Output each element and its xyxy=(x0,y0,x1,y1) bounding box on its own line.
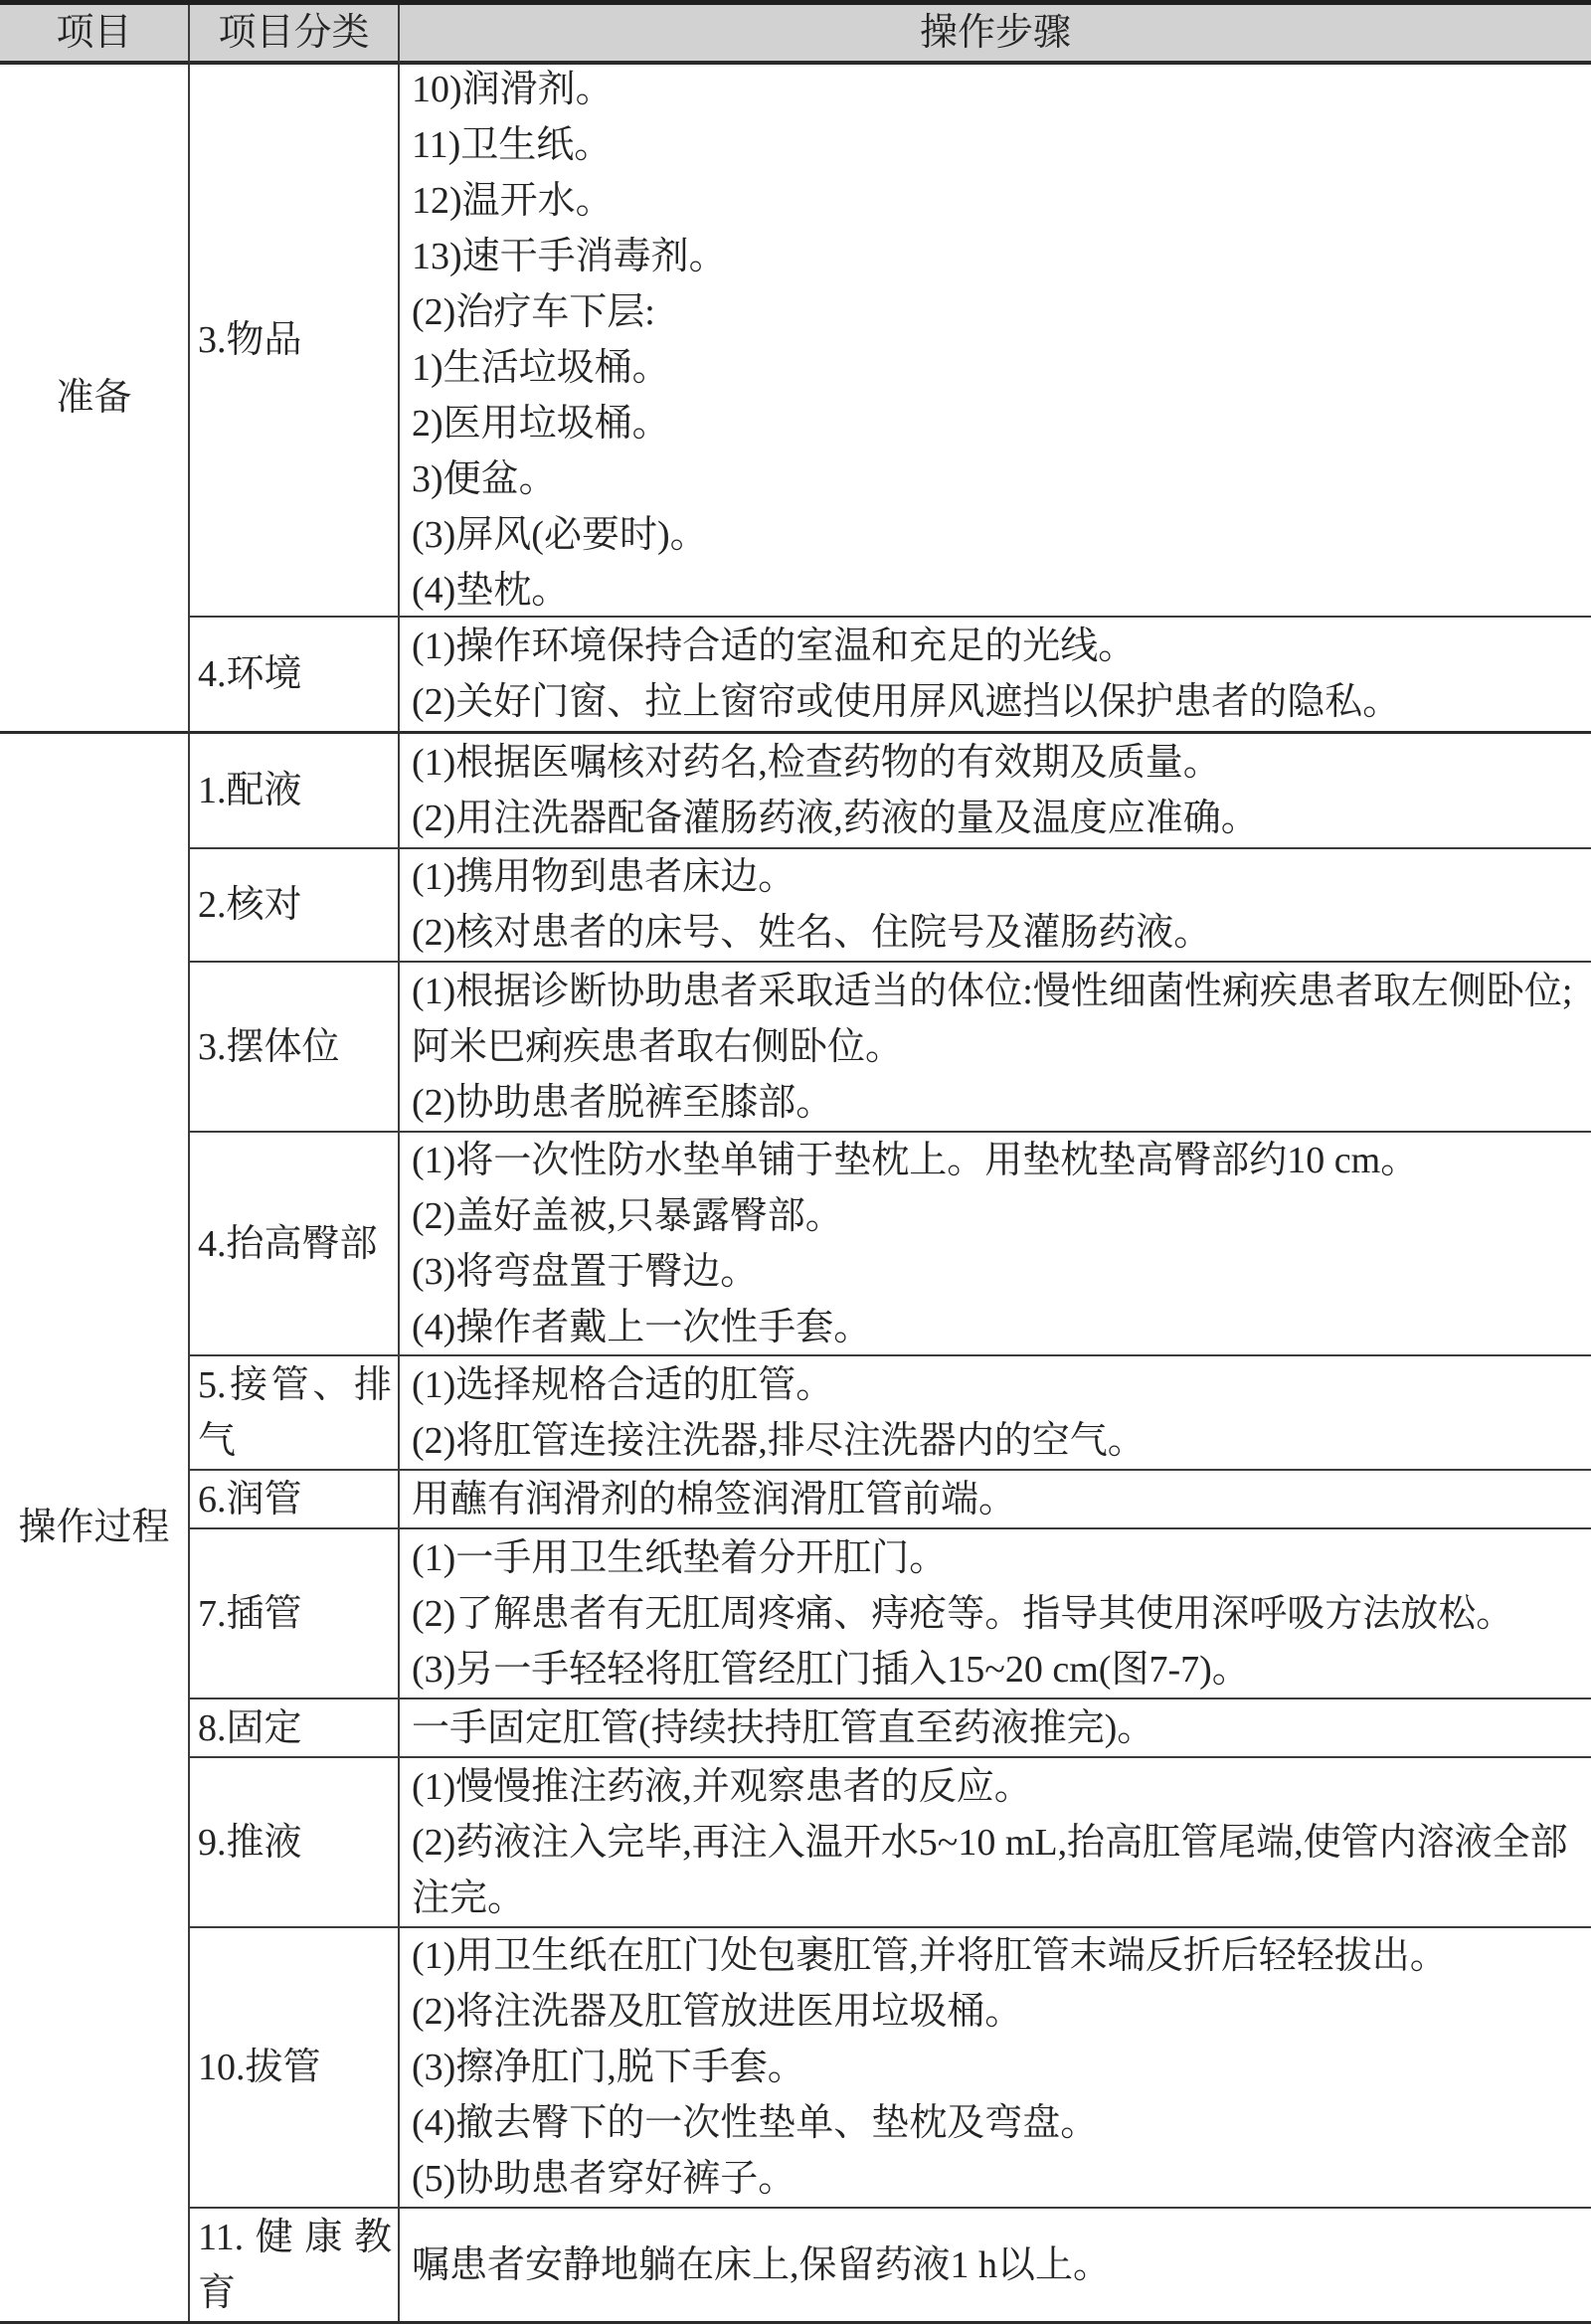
category-cell: 9.推液 xyxy=(190,1758,400,1928)
step-line: (2)盖好盖被,只暴露臀部。 xyxy=(412,1188,1577,1244)
step-line: (2)关好门窗、拉上窗帘或使用屏风遮挡以保护患者的隐私。 xyxy=(412,674,1577,730)
steps-cell: 10)润滑剂。11)卫生纸。12)温开水。13)速干手消毒剂。(2)治疗车下层:… xyxy=(400,65,1591,618)
section-label-prepare: 准备 xyxy=(0,65,190,734)
category-cell: 6.润管 xyxy=(190,1471,400,1529)
column-header-item: 项目 xyxy=(0,5,190,65)
steps-cell: (1)根据医嘱核对药名,检查药物的有效期及质量。(2)用注洗器配备灌肠药液,药液… xyxy=(400,734,1591,849)
step-line: (2)药液注入完毕,再注入温开水5~10 mL,抬高肛管尾端,使管内溶液全部注完… xyxy=(412,1815,1577,1926)
step-line: (4)垫枕。 xyxy=(412,563,1577,618)
step-line: (1)一手用卫生纸垫着分开肛门。 xyxy=(412,1530,1577,1586)
step-line: (2)协助患者脱裤至膝部。 xyxy=(412,1075,1577,1131)
step-line: (4)操作者戴上一次性手套。 xyxy=(412,1300,1577,1355)
steps-cell: 嘱患者安静地躺在床上,保留药液1 h以上。 xyxy=(400,2209,1591,2321)
steps-cell: (1)根据诊断协助患者采取适当的体位:慢性细菌性痢疾患者取左侧卧位;阿米巴痢疾患… xyxy=(400,963,1591,1133)
steps-cell: 用蘸有润滑剂的棉签润滑肛管前端。 xyxy=(400,1471,1591,1529)
step-line: (5)协助患者穿好裤子。 xyxy=(412,2151,1577,2207)
step-line: 用蘸有润滑剂的棉签润滑肛管前端。 xyxy=(412,1472,1577,1527)
step-line: 13)速干手消毒剂。 xyxy=(412,229,1577,284)
step-line: (1)操作环境保持合适的室温和充足的光线。 xyxy=(412,619,1577,674)
category-cell: 2.核对 xyxy=(190,849,400,963)
step-line: (1)慢慢推注药液,并观察患者的反应。 xyxy=(412,1759,1577,1815)
category-cell: 4.环境 xyxy=(190,618,400,734)
step-line: (3)擦净肛门,脱下手套。 xyxy=(412,2040,1577,2095)
step-line: (3)屏风(必要时)。 xyxy=(412,507,1577,563)
step-line: 2)医用垃圾桶。 xyxy=(412,396,1577,451)
category-cell: 4.抬高臀部 xyxy=(190,1133,400,1356)
step-line: (2)了解患者有无肛周疼痛、痔疮等。指导其使用深呼吸方法放松。 xyxy=(412,1586,1577,1642)
step-line: 12)温开水。 xyxy=(412,173,1577,229)
step-line: 11)卫生纸。 xyxy=(412,117,1577,173)
steps-cell: (1)慢慢推注药液,并观察患者的反应。(2)药液注入完毕,再注入温开水5~10 … xyxy=(400,1758,1591,1928)
step-line: 3)便盆。 xyxy=(412,451,1577,507)
step-line: (2)将肛管连接注洗器,排尽注洗器内的空气。 xyxy=(412,1413,1577,1469)
step-line: (1)将一次性防水垫单铺于垫枕上。用垫枕垫高臀部约10 cm。 xyxy=(412,1133,1577,1188)
column-header-category: 项目分类 xyxy=(190,5,400,65)
step-line: (2)将注洗器及肛管放进医用垃圾桶。 xyxy=(412,1984,1577,2040)
steps-cell: (1)将一次性防水垫单铺于垫枕上。用垫枕垫高臀部约10 cm。(2)盖好盖被,只… xyxy=(400,1133,1591,1356)
step-line: (1)携用物到患者床边。 xyxy=(412,849,1577,905)
step-line: (4)撤去臀下的一次性垫单、垫枕及弯盘。 xyxy=(412,2095,1577,2151)
step-line: 嘱患者安静地躺在床上,保留药液1 h以上。 xyxy=(412,2237,1577,2293)
category-cell: 3.物品 xyxy=(190,65,400,618)
step-line: (1)选择规格合适的肛管。 xyxy=(412,1357,1577,1413)
procedure-table-page: 项目 项目分类 操作步骤 准备 3.物品 10)润滑剂。11)卫生纸。12)温开… xyxy=(0,0,1591,2324)
category-cell: 10.拔管 xyxy=(190,1928,400,2209)
steps-cell: (1)选择规格合适的肛管。(2)将肛管连接注洗器,排尽注洗器内的空气。 xyxy=(400,1356,1591,1471)
steps-cell: (1)操作环境保持合适的室温和充足的光线。(2)关好门窗、拉上窗帘或使用屏风遮挡… xyxy=(400,618,1591,734)
category-cell: 8.固定 xyxy=(190,1699,400,1758)
steps-cell: 一手固定肛管(持续扶持肛管直至药液推完)。 xyxy=(400,1699,1591,1758)
step-line: 10)润滑剂。 xyxy=(412,65,1577,117)
category-cell: 1.配液 xyxy=(190,734,400,849)
step-line: (1)用卫生纸在肛门处包裹肛管,并将肛管末端反折后轻轻拔出。 xyxy=(412,1928,1577,1984)
category-cell: 5.接管、排气 xyxy=(190,1356,400,1471)
section-label-process: 操作过程 xyxy=(0,734,190,2321)
steps-cell: (1)用卫生纸在肛门处包裹肛管,并将肛管末端反折后轻轻拔出。(2)将注洗器及肛管… xyxy=(400,1928,1591,2209)
step-line: (1)根据医嘱核对药名,检查药物的有效期及质量。 xyxy=(412,735,1577,791)
category-cell: 11.健康教育 xyxy=(190,2209,400,2321)
steps-cell: (1)携用物到患者床边。(2)核对患者的床号、姓名、住院号及灌肠药液。 xyxy=(400,849,1591,963)
procedure-table: 项目 项目分类 操作步骤 准备 3.物品 10)润滑剂。11)卫生纸。12)温开… xyxy=(0,5,1591,2321)
step-line: (3)另一手轻轻将肛管经肛门插入15~20 cm(图7-7)。 xyxy=(412,1642,1577,1698)
category-cell: 3.摆体位 xyxy=(190,963,400,1133)
steps-cell: (1)一手用卫生纸垫着分开肛门。(2)了解患者有无肛周疼痛、痔疮等。指导其使用深… xyxy=(400,1529,1591,1699)
step-line: 一手固定肛管(持续扶持肛管直至药液推完)。 xyxy=(412,1700,1577,1756)
step-line: (2)用注洗器配备灌肠药液,药液的量及温度应准确。 xyxy=(412,791,1577,846)
category-cell: 7.插管 xyxy=(190,1529,400,1699)
step-line: (2)核对患者的床号、姓名、住院号及灌肠药液。 xyxy=(412,905,1577,961)
step-line: (3)将弯盘置于臀边。 xyxy=(412,1244,1577,1300)
column-header-steps: 操作步骤 xyxy=(400,5,1591,65)
step-line: (1)根据诊断协助患者采取适当的体位:慢性细菌性痢疾患者取左侧卧位;阿米巴痢疾患… xyxy=(412,964,1577,1075)
step-line: 1)生活垃圾桶。 xyxy=(412,340,1577,396)
step-line: (2)治疗车下层: xyxy=(412,284,1577,340)
